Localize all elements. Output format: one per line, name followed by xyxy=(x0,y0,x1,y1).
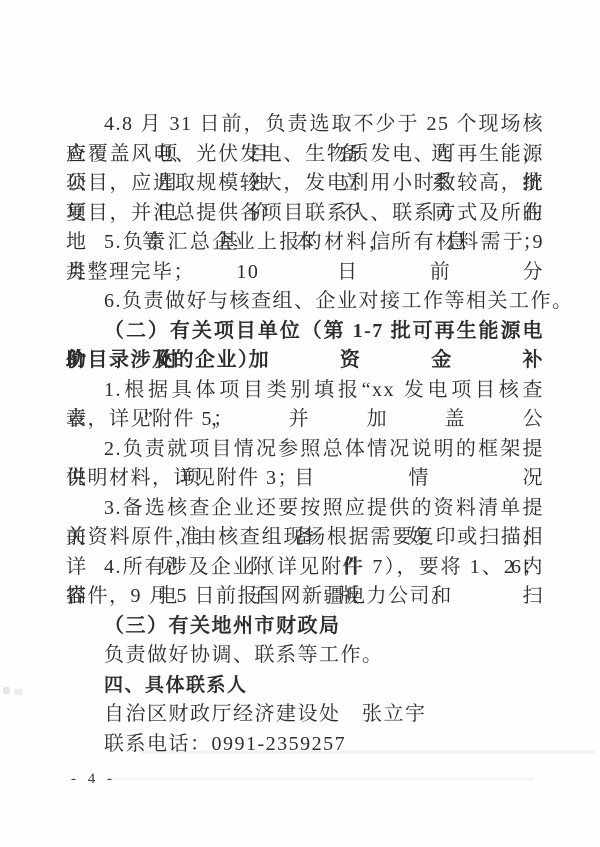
text-line: 6.负责做好与核查组、企业对接工作等相关工作。 xyxy=(66,287,544,317)
scan-artifact-speck xyxy=(14,689,23,695)
section-heading-3: （三）有关地州市财政局 xyxy=(66,612,544,642)
scan-artifact-line xyxy=(140,751,595,753)
text-line: 5.负责汇总企业上报的材料，所有材料需于 9 月 10 日前分 xyxy=(66,228,544,258)
contact-person-line: 自治区财政厅经济建设处 张立宇 xyxy=(66,700,544,730)
document-page: 4.8 月 31 日前，负责选取不少于 25 个现场核查项目备选， 应覆盖风电、… xyxy=(0,0,600,847)
text-line: 应覆盖风电、光伏发电、生物质发电、可再生能源公用独立系统 xyxy=(66,140,544,170)
text-line: 项目，并汇总提供各项目联系人、联系方式及所在地等基本信息； xyxy=(66,199,544,229)
contact-phone-line: 联系电话：0991-2359257 xyxy=(66,730,544,760)
text-line: 4.所有涉及企业（详见附件 7），要将 1、2 内容电子版和扫 xyxy=(66,553,544,583)
text-line: 1.根据具体项目类别填报“xx 发电项目核查表”，并加盖公 xyxy=(66,376,544,406)
text-line: 4.8 月 31 日前，负责选取不少于 25 个现场核查项目备选， xyxy=(66,110,544,140)
scan-artifact-line xyxy=(106,778,534,780)
text-line: 负责做好协调、联系等工作。 xyxy=(66,641,544,671)
text-line: 项目，应选取规模较大，发电利用小时数较高，批复电价不同的 xyxy=(66,169,544,199)
text-line: 关资料原件，由核查组现场根据需要复印或扫描，详见附件 6； xyxy=(66,523,544,553)
text-line: 2.负责就项目情况参照总体情况说明的框架提供项目情况 xyxy=(66,435,544,465)
section-heading-4: 四、具体联系人 xyxy=(66,671,544,701)
scan-artifact-speck xyxy=(3,687,10,694)
text-line: 3.备选核查企业还要按照应提供的资料清单提前准备好相 xyxy=(66,494,544,524)
document-text-block: 4.8 月 31 日前，负责选取不少于 25 个现场核查项目备选， 应覆盖风电、… xyxy=(66,110,544,759)
section-heading-2: （二）有关项目单位（第 1-7 批可再生能源电价附加资金补 xyxy=(66,317,544,347)
